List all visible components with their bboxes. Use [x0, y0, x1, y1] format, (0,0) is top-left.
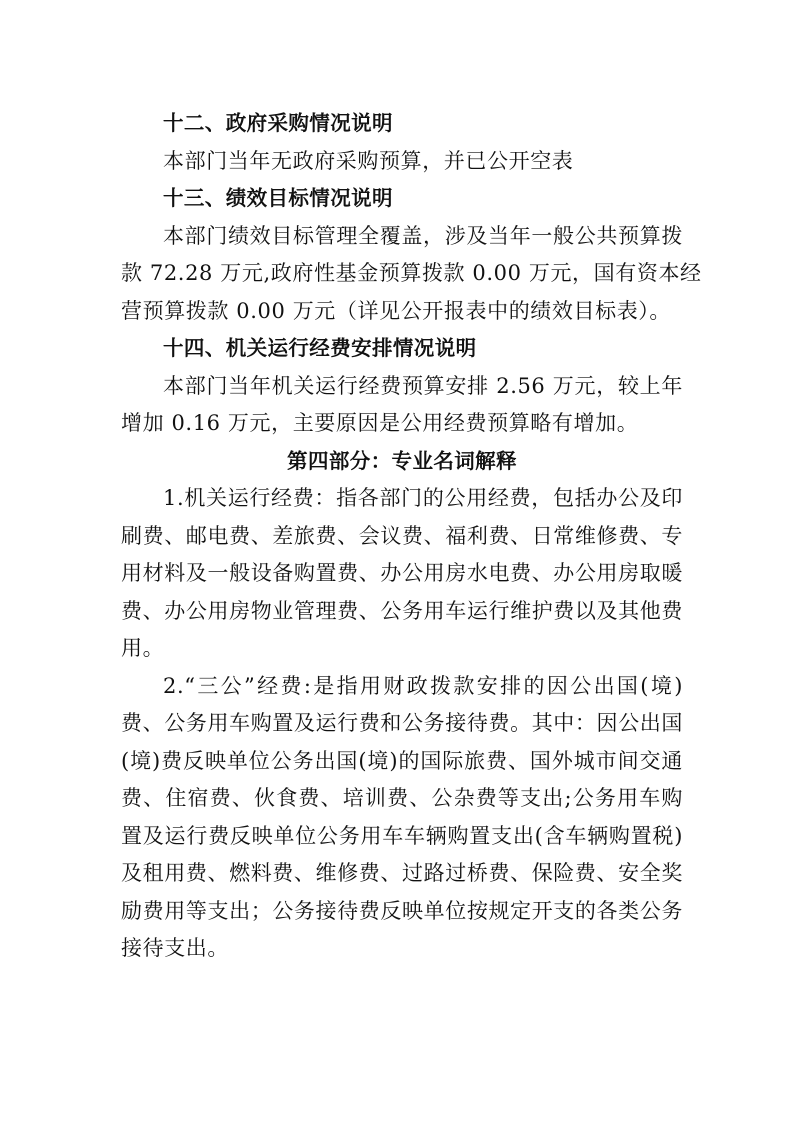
term-text: 励费用等支出；公务接待费反映单位按规定开支的各类公务	[121, 893, 683, 931]
section-text: 本部门绩效目标管理全覆盖，涉及当年一般公共预算拨	[121, 218, 683, 256]
part-title: 第四部分：专业名词解释	[121, 443, 683, 481]
term-text: 1.机关运行经费：指各部门的公用经费，包括办公及印	[121, 480, 683, 518]
section-text: 本部门当年机关运行经费预算安排 2.56 万元，较上年	[121, 368, 683, 406]
term-text: 用材料及一般设备购置费、办公用房水电费、办公用房取暖	[121, 555, 683, 593]
term-text: 用。	[121, 630, 683, 668]
section-text: 增加 0.16 万元，主要原因是公用经费预算略有增加。	[121, 405, 683, 443]
term-text: 费、住宿费、伙食费、培训费、公杂费等支出;公务用车购	[121, 780, 683, 818]
term-text: 刷费、邮电费、差旅费、会议费、福利费、日常维修费、专	[121, 518, 683, 556]
term-text: 2.“三公”经费:是指用财政拨款安排的因公出国(境)	[121, 668, 683, 706]
section-text: 营预算拨款 0.00 万元（详见公开报表中的绩效目标表）。	[121, 293, 683, 331]
term-text: (境)费反映单位公务出国(境)的国际旅费、国外城市间交通	[121, 743, 683, 781]
term-text: 接待支出。	[121, 930, 683, 968]
section-text: 本部门当年无政府采购预算，并已公开空表	[121, 143, 683, 181]
term-text: 及租用费、燃料费、维修费、过路过桥费、保险费、安全奖	[121, 855, 683, 893]
section-text: 款 72.28 万元,政府性基金预算拨款 0.00 万元，国有资本经	[121, 255, 683, 293]
section-heading-performance: 十三、绩效目标情况说明	[121, 180, 683, 218]
document-page: 十二、政府采购情况说明 本部门当年无政府采购预算，并已公开空表 十三、绩效目标情…	[121, 105, 683, 968]
term-text: 费、公务用车购置及运行费和公务接待费。其中：因公出国	[121, 705, 683, 743]
term-text: 费、办公用房物业管理费、公务用车运行维护费以及其他费	[121, 593, 683, 631]
term-text: 置及运行费反映单位公务用车车辆购置支出(含车辆购置税)	[121, 818, 683, 856]
section-heading-procurement: 十二、政府采购情况说明	[121, 105, 683, 143]
section-heading-operating-expenses: 十四、机关运行经费安排情况说明	[121, 330, 683, 368]
